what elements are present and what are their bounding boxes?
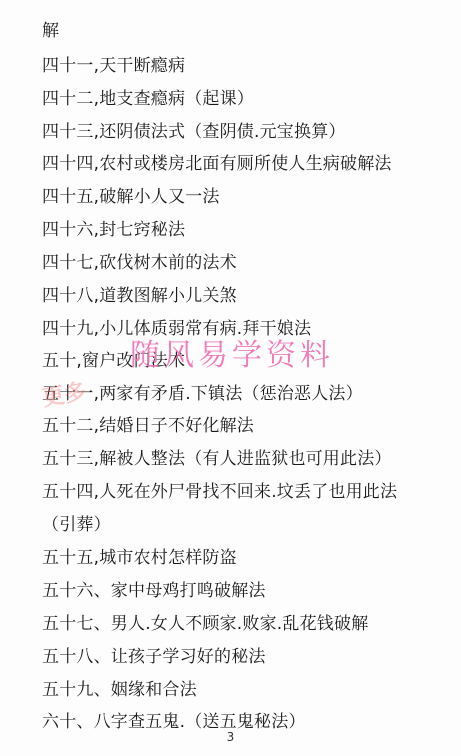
faint-red-stamp: 更多: [40, 374, 89, 412]
toc-line: 四十二,地支查瘾病（起课）: [42, 88, 254, 110]
toc-line: 四十四,农村或楼房北面有厕所使人生病破解法: [42, 153, 392, 175]
page-number: 3: [0, 730, 461, 744]
toc-line: （引葬）: [42, 514, 111, 536]
toc-line: 五十八、让孩子学习好的秘法: [42, 646, 266, 668]
toc-line: 四十五,破解小人又一法: [42, 186, 220, 208]
toc-line: 四十八,道教图解小儿关煞: [42, 285, 237, 307]
toc-line: 五十一,两家有矛盾.下镇法（惩治恶人法）: [42, 383, 363, 405]
toc-line: 五十二,结婚日子不好化解法: [42, 415, 254, 437]
toc-line: 四十三,还阴债法式（查阴债.元宝换算）: [42, 121, 346, 143]
document-page: 解 四十一,天干断瘾病 四十二,地支查瘾病（起课） 四十三,还阴债法式（查阴债.…: [0, 0, 461, 756]
toc-line: 五十三,解被人整法（有人进监狱也可用此法）: [42, 448, 392, 470]
watermark: 随风易学资料: [130, 330, 334, 374]
toc-line: 五十九、姻缘和合法: [42, 679, 197, 701]
toc-line: 四十七,砍伐树木前的法术: [42, 252, 237, 274]
toc-line: 四十一,天干断瘾病: [42, 55, 185, 77]
toc-line: 四十六,封七窍秘法: [42, 219, 185, 241]
toc-line: 五十七、男人.女人不顾家.败家.乱花钱破解: [42, 613, 368, 635]
toc-line: 解: [42, 20, 59, 42]
toc-line: 五十六、家中母鸡打鸣破解法: [42, 580, 266, 602]
toc-line: 五十四,人死在外尸骨找不回来.坟丢了也用此法: [42, 481, 397, 503]
toc-line: 五十五,城市农村怎样防盗: [42, 547, 237, 569]
